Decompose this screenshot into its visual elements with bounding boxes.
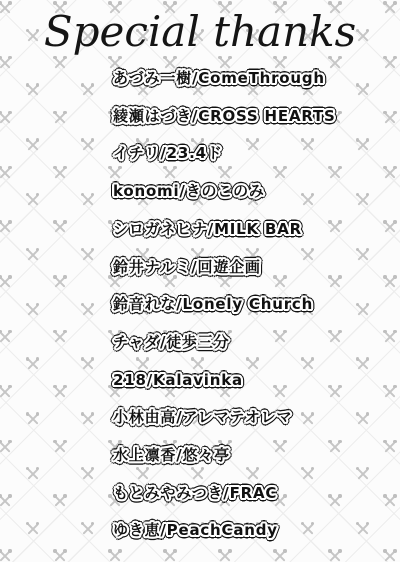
special-thanks-page: Special thanks あづみ一樹/ComeThrough 綾瀬はづき/C… bbox=[0, 0, 400, 562]
page-title: Special thanks bbox=[0, 6, 400, 58]
credit-line: konomi/きのこのみ bbox=[113, 173, 400, 211]
credit-line: 水上凛香/悠々亭 bbox=[113, 437, 400, 475]
credit-line: 鈴井ナルミ/回遊企画 bbox=[113, 249, 400, 287]
credit-line: あづみ一樹/ComeThrough bbox=[113, 60, 400, 98]
credit-line: もとみやみつき/FRAC bbox=[113, 475, 400, 513]
credit-line: ゆき恵/PeachCandy bbox=[113, 512, 400, 550]
credit-line: イチリ/23.4ド bbox=[113, 135, 400, 173]
credit-line: 小林由高/アレマテオレマ bbox=[113, 399, 400, 437]
credits-list: あづみ一樹/ComeThrough 綾瀬はづき/CROSS HEARTS イチリ… bbox=[113, 60, 400, 550]
credit-line: シロガネヒナ/MILK BAR bbox=[113, 211, 400, 249]
credit-line: チャダ/徒歩三分 bbox=[113, 324, 400, 362]
credit-line: 鈴音れな/Lonely Church bbox=[113, 286, 400, 324]
page-content: Special thanks あづみ一樹/ComeThrough 綾瀬はづき/C… bbox=[0, 0, 400, 562]
credit-line: 218/Kalavinka bbox=[113, 362, 400, 400]
credit-line: 綾瀬はづき/CROSS HEARTS bbox=[113, 98, 400, 136]
